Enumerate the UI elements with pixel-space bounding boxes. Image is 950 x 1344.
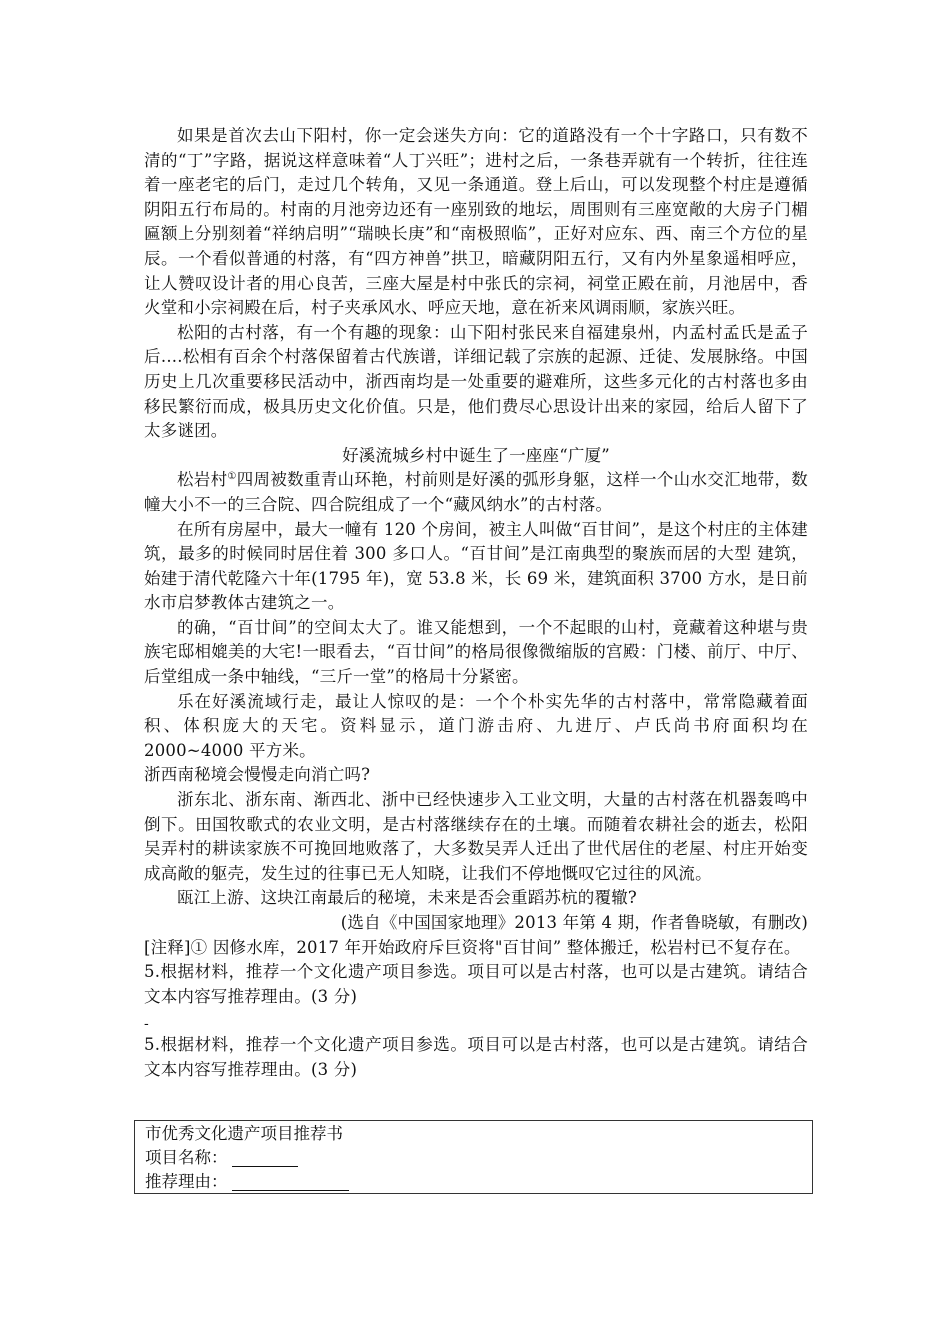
songyan-rest: 四周被数重青山环艳，村前则是好溪的弧形身躯，这样一个山水交汇地带，数幢大小不一的… [144,470,808,514]
question-5-repeat: 5.根据材料，推荐一个文化遗产项目参选。项目可以是古村落，也可以是古建筑。请结合… [144,1033,808,1082]
source-citation: (选自《中国国家地理》2013 年第 4 期，作者鲁晓敏，有删改) [144,911,808,936]
reason-label: 推荐理由： [145,1170,228,1194]
paragraph-songyan-village: 松岩村①四周被数重青山环艳，村前则是好溪的弧形身躯，这样一个山水交汇地带，数幢大… [144,468,808,517]
document-page: 如果是首次去山下阳村，你一定会迷失方向：它的道路没有一个十字路口，只有数不清的“… [144,124,808,1083]
form-title-text: 市优秀文化遗产项目推荐书 [145,1122,343,1146]
paragraph-oujiang-question: 瓯江上游、这块江南最后的秘境，未来是否会重蹈苏杭的覆辙? [144,886,808,911]
recommendation-form: 市优秀文化遗产项目推荐书 项目名称： 推荐理由： [134,1120,813,1194]
paragraph-baiganjian-space: 的确，“百廿间”的空间太大了。谁又能想到，一个不起眼的山村，竟藏着这种堪与贵族宅… [144,616,808,690]
section-heading-disappearing: 浙西南秘境会慢慢走向消亡吗? [144,763,808,788]
songyan-prefix: 松岩村 [177,470,227,489]
project-name-label: 项目名称： [145,1146,228,1170]
separator-dash: - [144,1015,808,1033]
paragraph-baiganjian-intro: 在所有房屋中，最大一幢有 120 个房间，被主人叫做“百甘间”，是这个村庄的主体… [144,518,808,616]
paragraph-songyang-migration: 松阳的古村落，有一个有趣的现象：山下阳村张民来自福建泉州，内孟村孟氏是孟子后..… [144,321,808,444]
form-row-reason: 推荐理由： [145,1170,812,1194]
question-5: 5.根据材料，推荐一个文化遗产项目参选。项目可以是古村落，也可以是古建筑。请结合… [144,960,808,1009]
form-title: 市优秀文化遗产项目推荐书 [145,1122,812,1146]
annotation-note: [注释]① 因修水库，2017 年开始政府斥巨资将"百甘间” 整体搬迁，松岩村已… [144,936,808,961]
form-row-project-name: 项目名称： [145,1146,812,1170]
paragraph-haoxi-mansions: 乐在好溪流域行走，最让人惊叹的是：一个个朴实先华的古村落中，常常隐藏着面积、体积… [144,690,808,764]
reason-blank[interactable] [232,1172,349,1191]
project-name-blank[interactable] [232,1148,298,1167]
footnote-marker: ① [227,471,236,482]
paragraph-industrialization: 浙东北、浙东南、渐西北、浙中已经快速步入工业文明，大量的古村落在机器轰鸣中倒下。… [144,788,808,886]
section-heading-guangsha: 好溪流城乡村中诞生了一座座“广厦” [144,444,808,469]
paragraph-shanxiayang-layout: 如果是首次去山下阳村，你一定会迷失方向：它的道路没有一个十字路口，只有数不清的“… [144,124,808,321]
